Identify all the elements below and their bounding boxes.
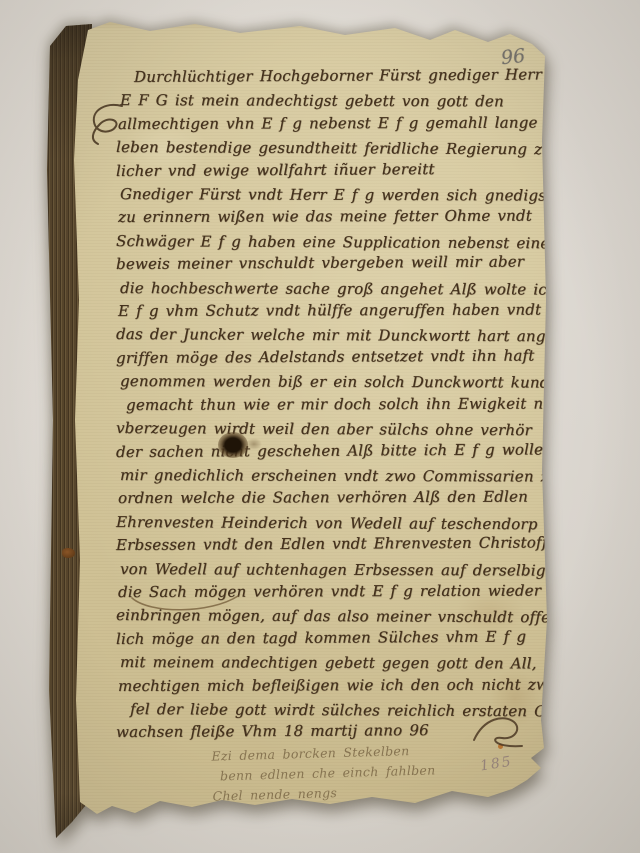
paper-speck [498, 744, 503, 749]
handwritten-line: die Sach mögen verhören vndt E f g relat… [116, 579, 546, 604]
handwritten-line: mit meinem andechtigen gebett gegen gott… [116, 651, 546, 676]
handwritten-line: allmechtigen vhn E f g nebenst E f g gem… [116, 111, 546, 136]
manuscript-text: Durchlüchtiger Hochgeborner Fürst gnedig… [116, 66, 546, 745]
ink-blot [218, 432, 248, 458]
handwritten-line: licher vnd ewige wollfahrt iñuer bereitt [116, 157, 546, 183]
handwritten-line: E f g vhm Schutz vndt hülffe angeruffen … [116, 299, 546, 324]
manuscript-page: Durchlüchtiger Hochgeborner Fürst gnedig… [0, 0, 640, 853]
handwritten-line: griffen möge des Adelstands entsetzet vn… [116, 344, 546, 370]
photo-background: Durchlüchtiger Hochgeborner Fürst gnedig… [0, 0, 640, 853]
handwritten-line: Durchlüchtiger Hochgeborner Fürst gnedig… [116, 63, 546, 89]
handwritten-line: E F G ist mein andechtigst gebett von go… [116, 89, 546, 114]
handwritten-line: gemacht thun wie er mir doch solch ihn E… [116, 392, 546, 417]
handwritten-line: von Wedell auf uchtenhagen Erbsessen auf… [116, 558, 546, 583]
handwritten-line: mechtigen mich befleißigen wie ich den o… [116, 673, 546, 698]
handwritten-line: lich möge an den tagd kommen Sülches vhm… [116, 625, 546, 651]
handwritten-line: Erbsessen vndt den Edlen vndt Ehrenveste… [116, 531, 546, 557]
handwritten-line: beweis meiner vnschuldt vbergeben weill … [116, 251, 546, 277]
handwritten-line: zu erinnern wißen wie das meine fetter O… [116, 205, 546, 230]
ink-smudge [246, 438, 262, 450]
handwritten-line: genommen werden biß er ein solch Dunckwo… [116, 370, 546, 395]
seal-remnant [62, 548, 75, 558]
handwritten-line: ordnen welche die Sachen verhören Alß de… [116, 486, 546, 511]
manuscript-book: Durchlüchtiger Hochgeborner Fürst gnedig… [0, 0, 640, 853]
folio-number-top: 96 [500, 45, 526, 69]
handwritten-line: der sachen nicht geschehen Alß bitte ich… [116, 438, 546, 464]
